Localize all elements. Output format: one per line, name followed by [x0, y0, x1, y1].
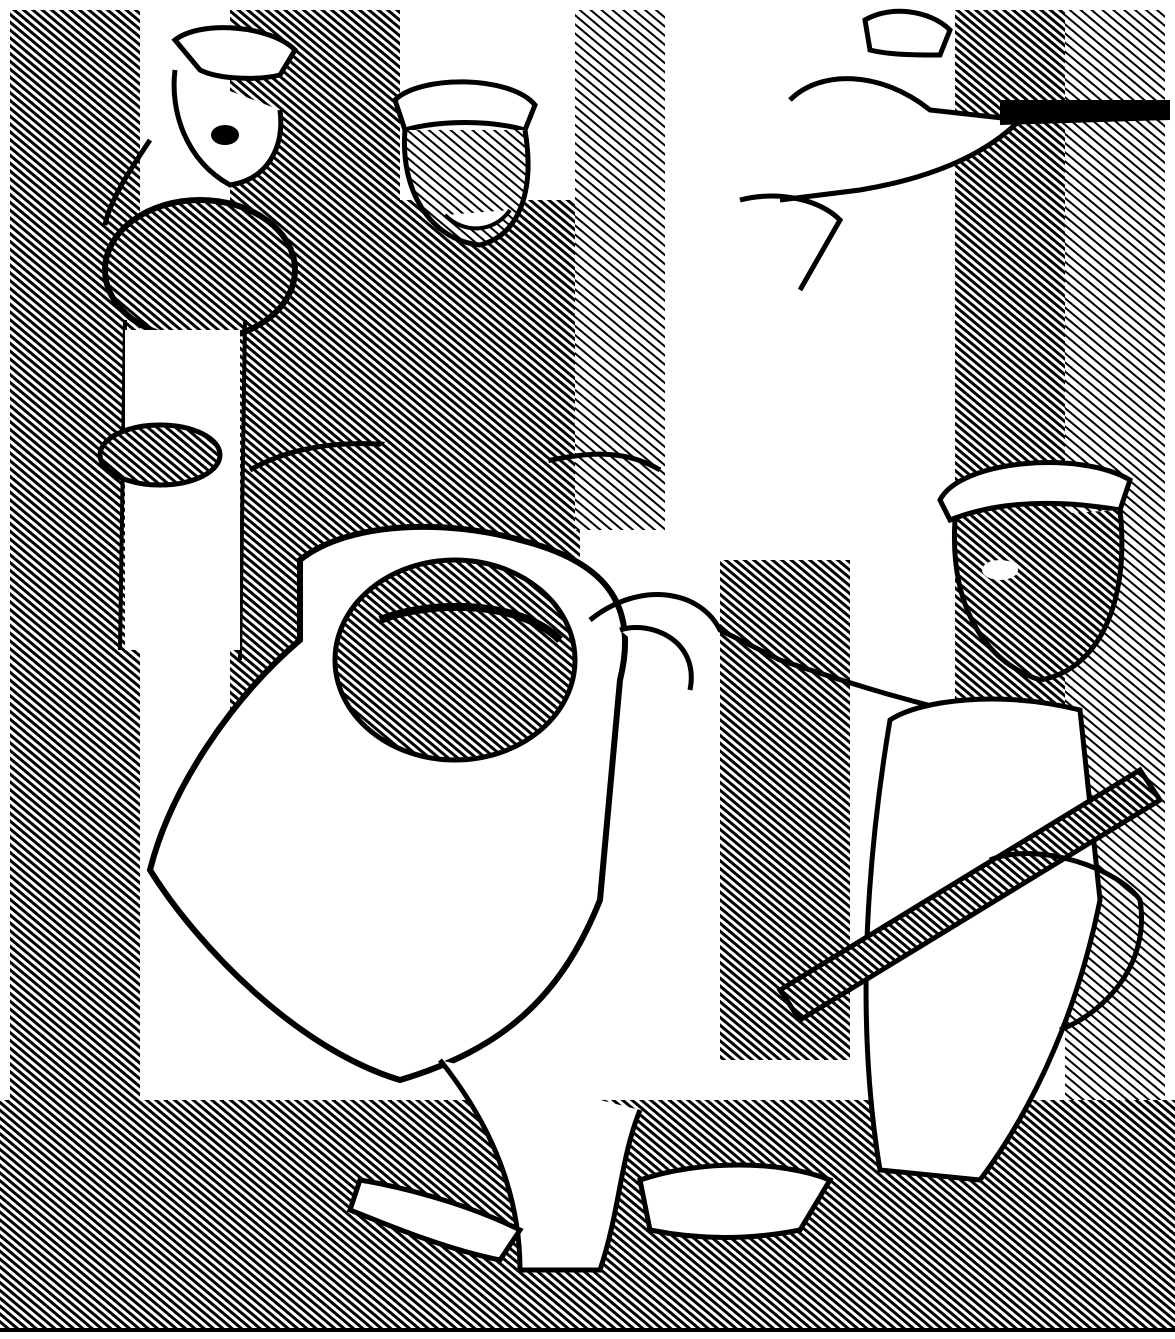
halftone-illustration [0, 0, 1175, 1339]
basket [100, 425, 220, 485]
